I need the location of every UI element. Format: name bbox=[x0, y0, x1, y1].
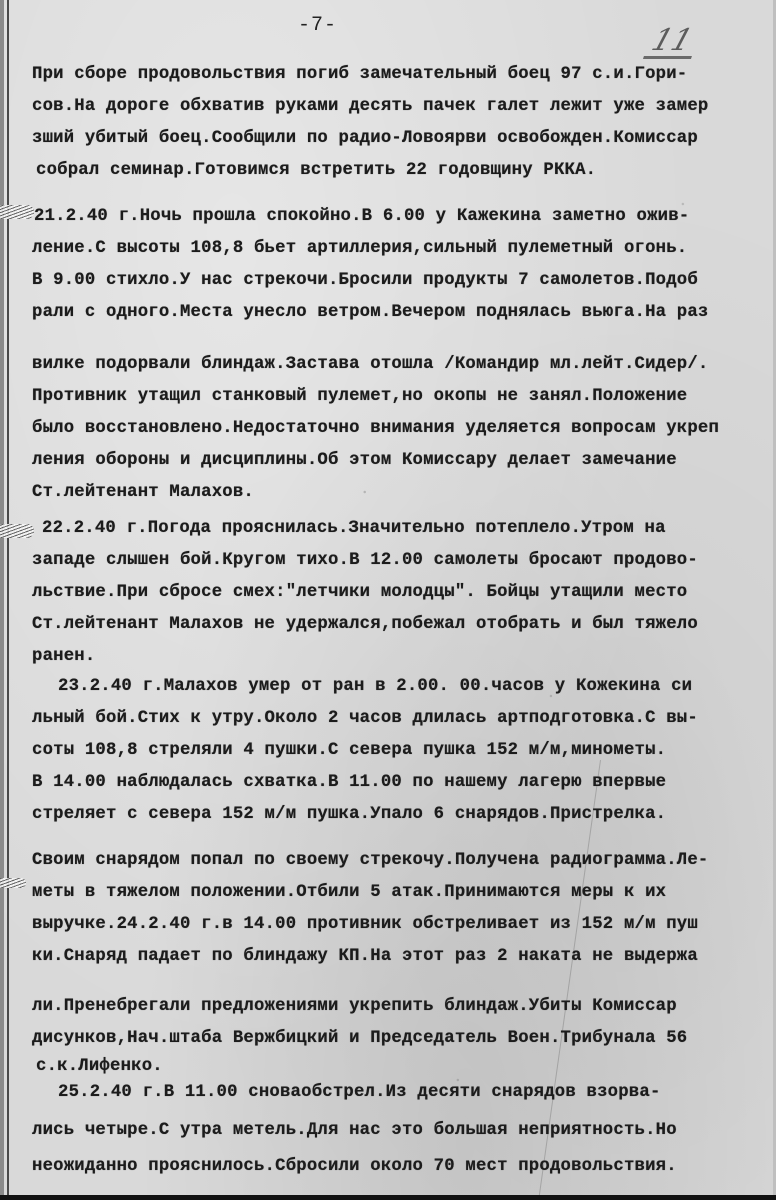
text-line: соты 108,8 стреляли 4 пушки.С севера пуш… bbox=[32, 736, 666, 766]
text-line: Ст.лейтенант Малахов не удержался,побежа… bbox=[32, 610, 698, 640]
text-line: зший убитый боец.Сообщили по радио-Ловоя… bbox=[32, 124, 698, 154]
scan-bottom-edge bbox=[0, 1195, 776, 1200]
binding-thread-icon bbox=[0, 524, 34, 538]
text-line: ления обороны и дисциплины.Об этом Комис… bbox=[32, 446, 677, 476]
binding-thread-icon bbox=[0, 205, 34, 219]
text-line: При сборе продовольствия погиб замечател… bbox=[32, 60, 687, 90]
text-line: льный бой.Стих к утру.Около 2 часов длил… bbox=[32, 704, 698, 734]
binding-margin-line bbox=[7, 0, 9, 1200]
text-line: ли.Пренебрегали предложениями укрепить б… bbox=[32, 992, 677, 1022]
text-line: ление.С высоты 108,8 бьет артиллерия,сил… bbox=[32, 234, 687, 264]
text-line: было восстановлено.Недостаточно внимания… bbox=[32, 414, 719, 444]
text-line: 22.2.40 г.Погода прояснилась.Значительно… bbox=[42, 514, 666, 544]
text-line: Ст.лейтенант Малахов. bbox=[32, 478, 254, 508]
binding-thread-icon bbox=[0, 878, 26, 888]
text-line: ранен. bbox=[32, 642, 95, 672]
text-line: дисунков,Нач.штаба Вержбицкий и Председа… bbox=[32, 1024, 687, 1054]
text-line: выручке.24.2.40 г.в 14.00 противник обст… bbox=[32, 910, 698, 940]
handwritten-folio-number: 11 bbox=[643, 28, 701, 59]
text-line: ки.Снаряд падает по блиндажу КП.На этот … bbox=[32, 942, 698, 972]
text-line: Противник утащил станковый пулемет,но ок… bbox=[32, 382, 687, 412]
text-line: стреляет с севера 152 м/м пушка.Упало 6 … bbox=[32, 800, 666, 830]
text-line: собрал семинар.Готовимся встретить 22 го… bbox=[36, 156, 596, 186]
binding-edge bbox=[0, 0, 4, 1200]
text-line: льствие.При сбросе смех:"летчики молодцы… bbox=[32, 578, 687, 608]
text-line: неожиданно прояснилось.Сбросили около 70… bbox=[32, 1152, 677, 1182]
text-line: 23.2.40 г.Малахов умер от ран в 2.00. 00… bbox=[58, 672, 692, 702]
text-line: западе слышен бой.Кругом тихо.В 12.00 са… bbox=[32, 546, 698, 576]
text-line: 21.2.40 г.Ночь прошла спокойно.В 6.00 у … bbox=[34, 202, 689, 232]
text-line: В 14.00 наблюдалась схватка.В 11.00 по н… bbox=[32, 768, 666, 798]
text-line: В 9.00 стихло.У нас стрекочи.Бросили про… bbox=[32, 266, 698, 296]
text-line: Своим снарядом попал по своему стрекочу.… bbox=[32, 846, 709, 876]
document-page: -7- 11 При сборе продовольствия погиб за… bbox=[0, 0, 776, 1200]
text-line: меты в тяжелом положении.Отбили 5 атак.П… bbox=[32, 878, 666, 908]
text-line: 25.2.40 г.В 11.00 сноваобстрел.Из десяти… bbox=[58, 1078, 661, 1108]
text-line: лись четыре.С утра метель.Для нас это бо… bbox=[32, 1116, 677, 1146]
text-line: вилке подорвали блиндаж.Застава отошла /… bbox=[32, 350, 709, 380]
text-line: сов.На дороге обхватив руками десять пач… bbox=[32, 92, 709, 122]
page-number: -7- bbox=[298, 14, 337, 37]
text-line: рали с одного.Места унесло ветром.Вечеро… bbox=[32, 298, 709, 328]
